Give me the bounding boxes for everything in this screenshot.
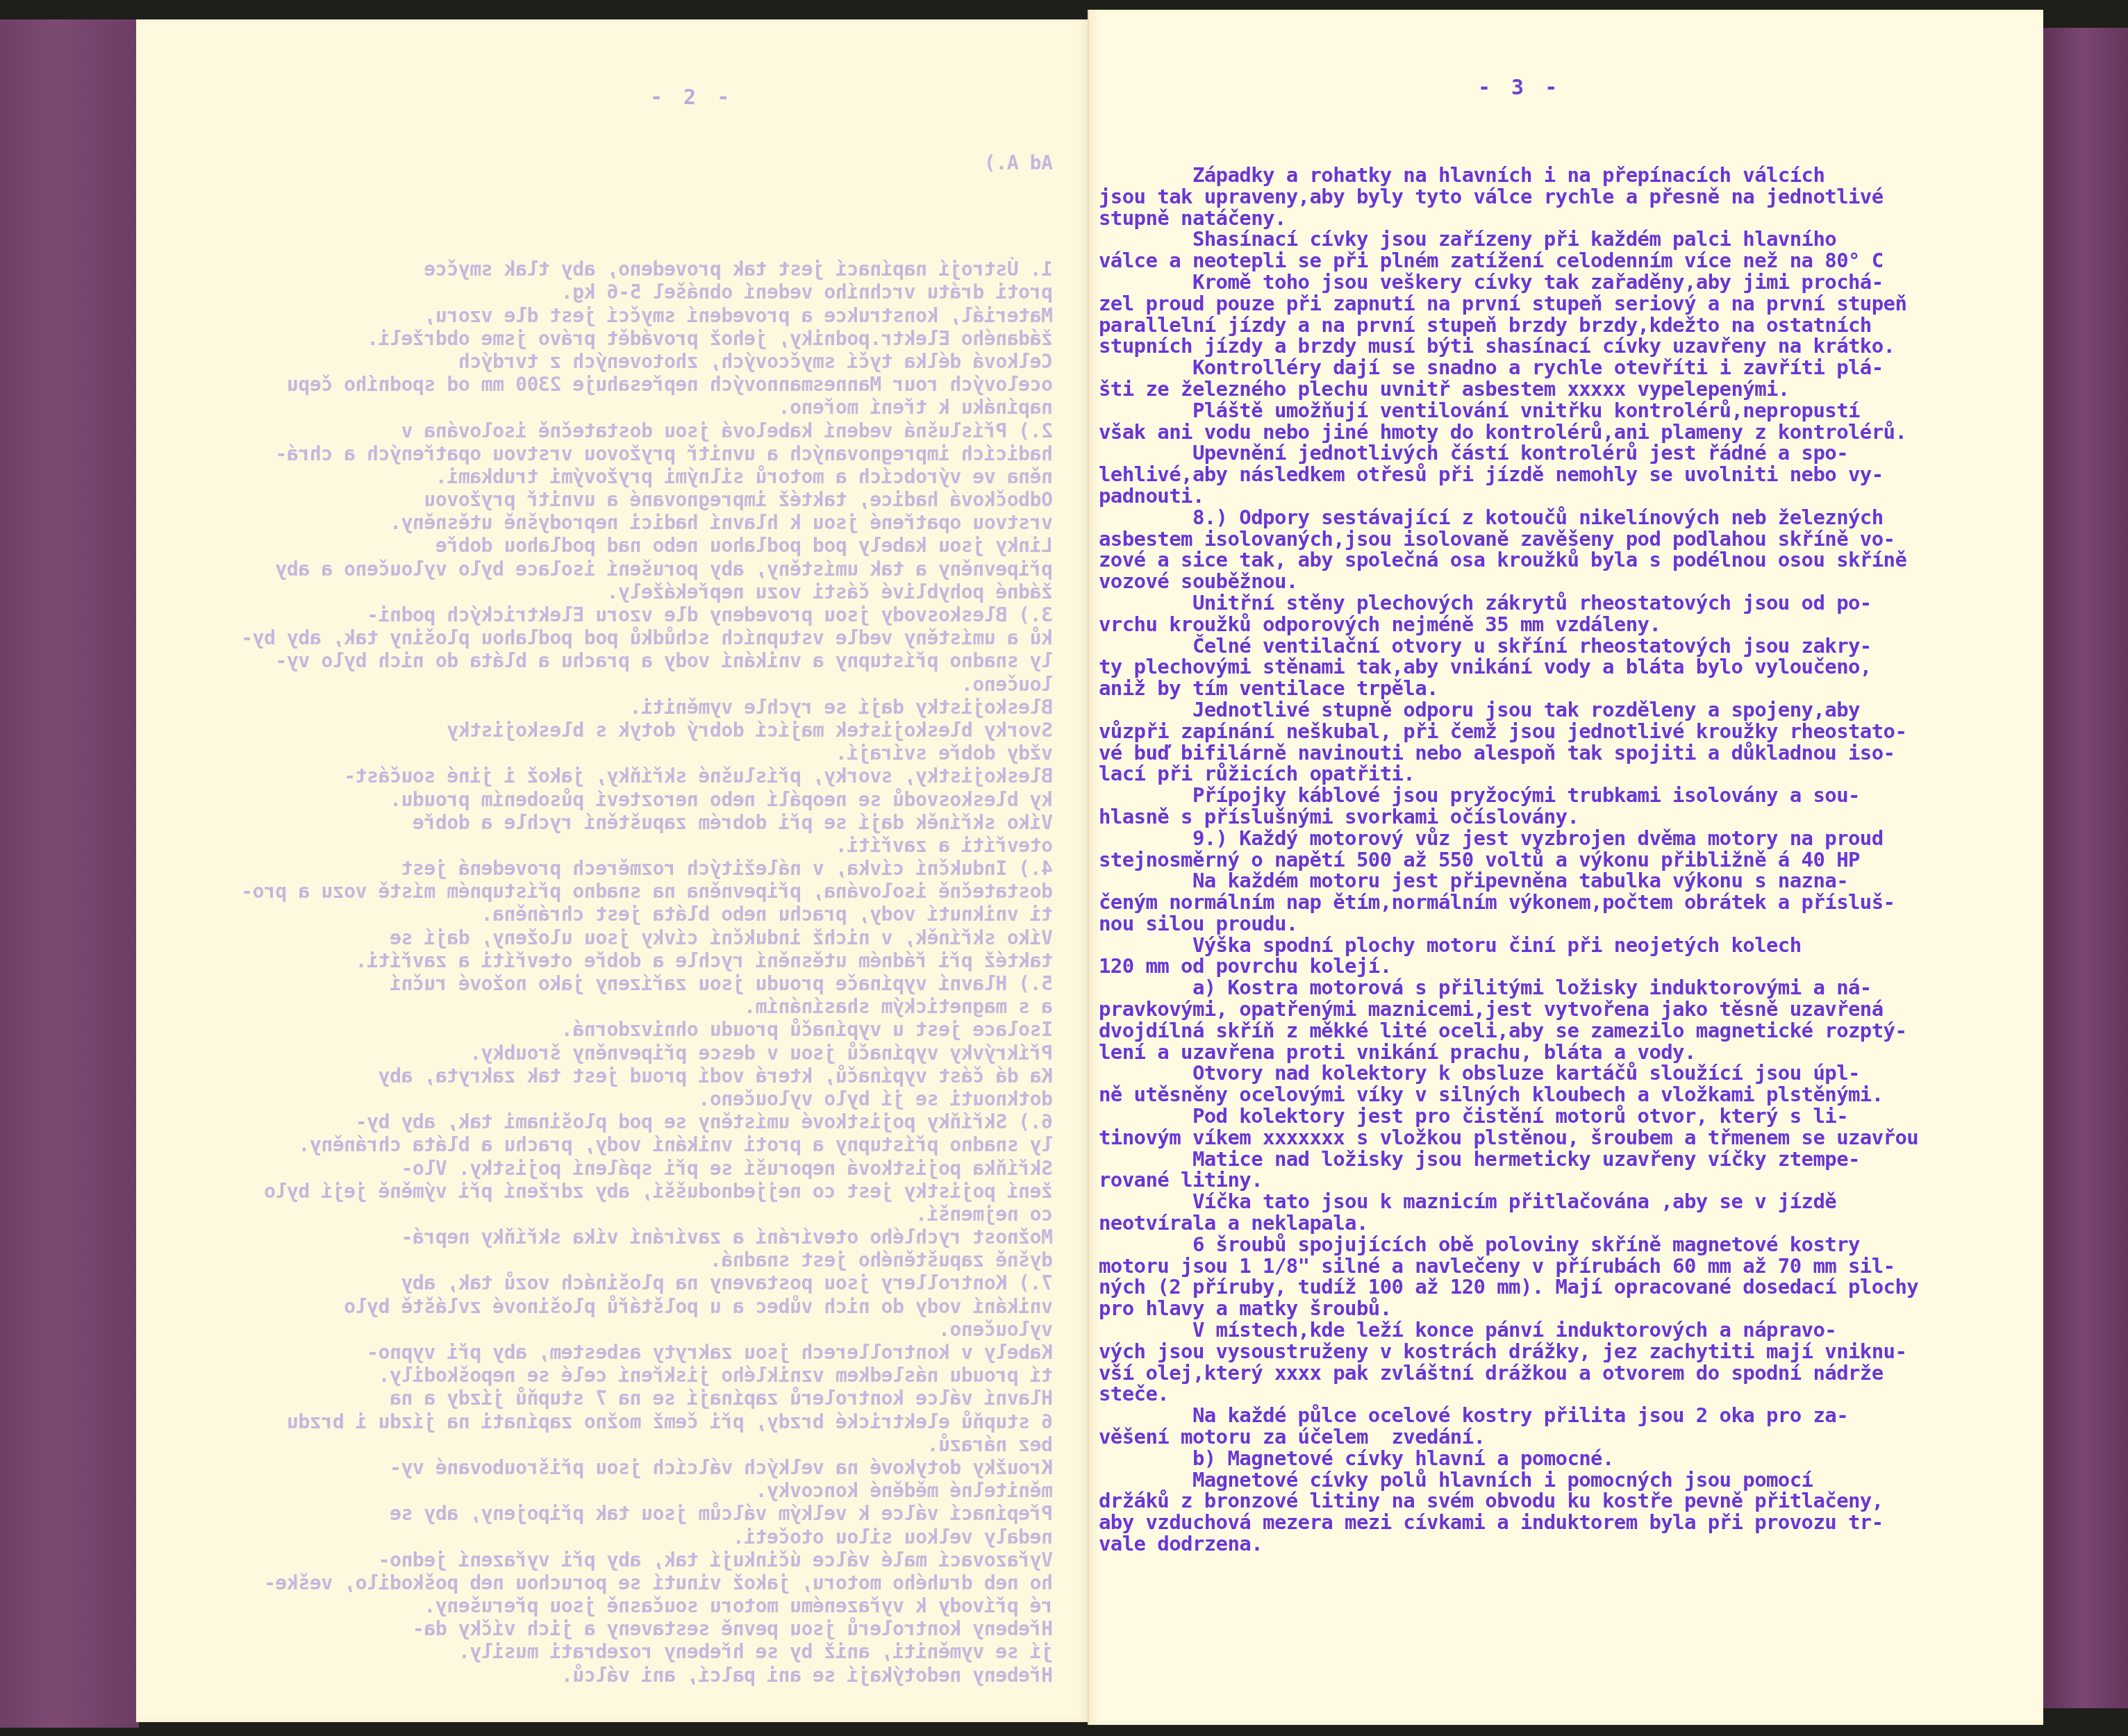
bleed-line: tí proudu následkem vzniklého jiskření c…: [192, 1364, 1053, 1387]
text-line: asbestem isolovaných,jsou isolovaně zavě…: [1099, 529, 1918, 551]
text-line: stejnosměrný o napětí 500 až 550 voltů a…: [1099, 850, 1918, 871]
bleed-line: proti drátu vrchního vedení obnášel 5-6 …: [192, 281, 1053, 303]
text-line: hlasně s příslušnými svorkami očíslovány…: [1099, 807, 1918, 828]
bleed-line: vyloučeno.: [192, 1318, 1053, 1341]
bleed-line: měnitelné měděné koncovky.: [192, 1479, 1053, 1502]
bleed-line: Bleskojistky, svorky, příslušné skříňky,…: [192, 765, 1053, 787]
text-line: Na každém motoru jest připevněna tabulka…: [1099, 871, 1918, 892]
bleed-line: Příkrývky vypínačů jsou v desce připevně…: [192, 1042, 1053, 1065]
bleed-line: ly snadno přístupny a vnikání vody a pra…: [192, 649, 1053, 672]
text-line: však ani vodu nebo jiné hmoty do kontrol…: [1099, 422, 1918, 444]
text-line: zel proud pouze při zapnutí na první stu…: [1099, 294, 1918, 315]
text-line: jsou tak upraveny,aby byly tyto válce ry…: [1099, 187, 1918, 208]
bleed-line: Ka dá část vypínačů, která vodí proud je…: [192, 1065, 1053, 1087]
bleed-line: 5.) Hlavní vypínače proudu jsou zařízeny…: [192, 972, 1053, 995]
bleed-line: ho neb druhého motoru, jakož vinutí se p…: [192, 1571, 1053, 1594]
bleed-line: připevněny a tak umístěny, aby porušení …: [192, 558, 1053, 581]
text-line: Shasínací cívky jsou zařízeny při každém…: [1099, 229, 1918, 251]
bleed-line: vnikání vody do nich vůbec a u polštářů …: [192, 1295, 1053, 1318]
bleed-line: napínáku k tření mořeno.: [192, 396, 1053, 419]
text-line: dvojdílná skříň z měkké lité oceli,aby s…: [1099, 1021, 1918, 1042]
bleed-line: Hřebeny nedotýkají se ani palcí, ani vál…: [192, 1664, 1053, 1687]
text-line: vé buď bifilárně navinouti nebo alespoň …: [1099, 743, 1918, 765]
bleed-line: 1. Ústrojí napínací jest tak provedeno, …: [192, 258, 1053, 281]
text-line: čeným normálním nap ětím,normálním výkon…: [1099, 892, 1918, 914]
text-line: Přípojky káblové jsou pryžocými trubkami…: [1099, 785, 1918, 807]
bleed-line: a s magnetickým shasínáním.: [192, 995, 1053, 1018]
bleed-line: Kroužky dotykové na velkých válcích jsou…: [192, 1456, 1053, 1479]
bleed-line: něna ve výrobcích a motorů silnými pryžo…: [192, 465, 1053, 488]
text-line: rované litiny.: [1099, 1170, 1918, 1192]
text-line: Čelné ventilační otvory u skříní rheosta…: [1099, 636, 1918, 658]
text-line: vých jsou vysoustruženy v kostrách drážk…: [1099, 1342, 1918, 1363]
text-line: 8.) Odpory sestávající z kotoučů nikelín…: [1099, 508, 1918, 529]
left-cover-binding: [0, 19, 139, 1728]
bleed-line: Isolace jest u vypínačů proudu ohnivzdor…: [192, 1018, 1053, 1041]
left-page-number: - 2 -: [650, 85, 733, 110]
text-line: padnouti.: [1099, 486, 1918, 508]
bleed-line: Celková délka tyčí smyčcových, zhotovený…: [192, 350, 1053, 373]
text-line: vozové souběžnou.: [1099, 571, 1918, 593]
bleed-line: vrstvou opatřené jsou k hlavní hadici ne…: [192, 511, 1053, 534]
bleed-line: Víko skříněk dají se při dobrém zapuštěn…: [192, 811, 1053, 834]
text-line: Kontrolléry dají se snadno a rychle otev…: [1099, 358, 1918, 379]
bleed-line: Hlavní válce kontrolerů zapínají se na 7…: [192, 1387, 1053, 1410]
text-line: Unitřní stěny plechových zákrytů rheosta…: [1099, 593, 1918, 615]
text-line: Upevnění jednotlivých částí kontrolérů j…: [1099, 443, 1918, 465]
text-line: tinovým víkem xxxxxxx s vložkou plstěnou…: [1099, 1128, 1918, 1149]
text-line: ty plechovými stěnami tak,aby vnikání vo…: [1099, 657, 1918, 678]
text-line: Víčka tato jsou k maznicím přitlačována …: [1099, 1192, 1918, 1213]
text-line: a) Kostra motorová s přilitými ložisky i…: [1099, 978, 1918, 999]
left-page: - 2 - Ad A.)1. Ústrojí napínací jest tak…: [136, 19, 1088, 1722]
bleed-line: jí se vyměniti, aniž by se hřebeny rozeb…: [192, 1640, 1053, 1663]
bleed-line: dyšně zapuštěného jest snadná.: [192, 1249, 1053, 1271]
bleed-line: dotknouti se jí bylo vyloučeno.: [192, 1087, 1053, 1110]
text-line: Kromě toho jsou veškery cívky tak zařadě…: [1099, 272, 1918, 294]
text-line: aby vzduchová mezera mezi cívkami a indu…: [1099, 1512, 1918, 1534]
bleed-line: Skříňka pojistková neporuší se při spále…: [192, 1157, 1053, 1180]
bleed-line: 3.) Bleskosvody jsou provedeny dle vzoru…: [192, 603, 1053, 626]
bleed-line: Možnost rychlého otevírání a zavírání ví…: [192, 1226, 1053, 1249]
text-line: šti ze železného plechu uvnitř asbestem …: [1099, 379, 1918, 401]
text-line: 9.) Každý motorový vůz jest vyzbrojen dv…: [1099, 828, 1918, 850]
bleed-line: Přepínací válce k velkým válcům jsou tak…: [192, 1502, 1053, 1525]
text-line: motoru jsou 1 1/8" silné a navlečeny v p…: [1099, 1256, 1918, 1278]
bleed-line: [192, 235, 1053, 258]
bleed-line: ocelových rour Mannesmannových nepřesahu…: [192, 373, 1053, 396]
bleed-line: žení pojistky jest co nejjednodušší, aby…: [192, 1180, 1053, 1203]
bleed-line: Svorky bleskojistek mající dobrý dotyk s…: [192, 719, 1053, 742]
bleed-line: 6.) Skříňky pojistkové umístěny se pod p…: [192, 1110, 1053, 1133]
text-line: Matice nad ložisky jsou hermeticky uzavř…: [1099, 1149, 1918, 1171]
bleed-line: ky bleskosvodů se neopálí nebo nerozteví…: [192, 788, 1053, 811]
text-line: Pod kolektory jest pro čistění motorů ot…: [1099, 1106, 1918, 1128]
bleed-line: 6 stupňů elektrické brzdy, při čemž možn…: [192, 1410, 1053, 1433]
bleed-line: vždy dobře svírají.: [192, 742, 1053, 765]
text-line: ných (2 příruby, tudíž 100 až 120 mm). M…: [1099, 1277, 1918, 1299]
text-line: vůzpři zapínání neškubal, při čemž jsou …: [1099, 721, 1918, 743]
text-line: Západky a rohatky na hlavních i na přepí…: [1099, 165, 1918, 187]
bleed-line: 4.) Indukční cívka, v náležitých rozměre…: [192, 857, 1053, 880]
text-line: 120 mm od povrchu kolejí.: [1099, 956, 1918, 978]
text-line: vrchu kroužků odporových nejméně 35 mm v…: [1099, 615, 1918, 636]
text-line: nou silou proudu.: [1099, 914, 1918, 935]
bleed-line: ly snadno přístupny a proti vnikání vody…: [192, 1133, 1053, 1156]
text-line: ně utěsněny ocelovými víky v silných klo…: [1099, 1085, 1918, 1106]
text-line: parallelní jízdy a na první stupeň brzdy…: [1099, 315, 1918, 337]
text-line: steče.: [1099, 1384, 1918, 1405]
bleed-line: Vyřazovací malé válce účinkují tak, aby …: [192, 1549, 1053, 1571]
text-line: vší olej,který xxxx pak zvláštní drážkou…: [1099, 1363, 1918, 1385]
bleed-line: co nejmenší.: [192, 1203, 1053, 1226]
text-line: Otvory nad kolektory k obsluze kartáčů s…: [1099, 1063, 1918, 1085]
text-line: aniž by tím ventilace trpěla.: [1099, 678, 1918, 700]
bleed-line: hadicích impregnovaných a uvnitř pryžovo…: [192, 442, 1053, 465]
bleed-line: Materiál, konstrukce a provedení smyčcí …: [192, 304, 1053, 327]
text-line: lací při růžicích opatřiti.: [1099, 764, 1918, 785]
text-line: držáků z bronzové litiny na svém obvodu …: [1099, 1491, 1918, 1512]
text-line: Pláště umožňují ventilování vnitřku kont…: [1099, 401, 1918, 422]
bleed-line: Odbočková hadice, taktéž impregnované a …: [192, 488, 1053, 511]
text-line: Na každé půlce ocelové kostry přilita js…: [1099, 1405, 1918, 1427]
bleed-line: loučeno.: [192, 673, 1053, 696]
text-line: válce a neotepli se při plném zatížení c…: [1099, 251, 1918, 272]
bleed-line: nedaly velkou silou otočeti.: [192, 1526, 1053, 1549]
bleed-line: taktéž při řádném utěsnění rychle a dobř…: [192, 949, 1053, 972]
bleed-line: ků a umístěny vedle vstupních schůdků po…: [192, 626, 1053, 649]
right-cover-binding: [2038, 28, 2128, 1708]
text-line: b) Magnetové cívky hlavní a pomocné.: [1099, 1449, 1918, 1470]
bleed-line: Hřebeny kontrolerů jsou pevně sestaveny …: [192, 1617, 1053, 1640]
text-line: věšení motoru za účelem zvedání.: [1099, 1427, 1918, 1449]
bleed-line: 7.) Kontrollery jsou postaveny na plošin…: [192, 1271, 1053, 1294]
bleed-line: ti vniknutí vody, prachu nebo bláta jest…: [192, 903, 1053, 926]
bleed-through-text: Ad A.)1. Ústrojí napínací jest tak prove…: [192, 151, 1053, 1687]
text-line: pro hlavy a matky šroubů.: [1099, 1299, 1918, 1320]
bleed-line: Ad A.): [192, 151, 1053, 235]
bleed-line: Linky jsou kabely pod podlahou nebo nad …: [192, 534, 1053, 557]
text-line: zové a sice tak, aby společná osa kroužk…: [1099, 550, 1918, 571]
text-line: neotvírala a neklapala.: [1099, 1213, 1918, 1235]
typed-body-text: Západky a rohatky na hlavních i na přepí…: [1099, 165, 1918, 1555]
bleed-line: otevříti a zavříti.: [192, 834, 1053, 857]
right-page: - 3 - Západky a rohatky na hlavních i na…: [1088, 10, 2043, 1725]
text-line: lehlivé,aby následkem otřesů při jízdě n…: [1099, 465, 1918, 486]
text-line: stupních jízdy a brzdy musí býti shasína…: [1099, 336, 1918, 358]
bleed-line: žádné pohyblivé části vozu nepřekážely.: [192, 581, 1053, 603]
bleed-line: 2.) Příslušná vedení kabelová jsou dosta…: [192, 419, 1053, 442]
text-line: Jednotlivé stupně odporu jsou tak rozděl…: [1099, 700, 1918, 721]
bleed-line: Kabely v kontrollerech jsou zakryty asbe…: [192, 1341, 1053, 1364]
text-line: lení a uzavřena proti vnikání prachu, bl…: [1099, 1042, 1918, 1064]
bleed-line: ré přívody k vyřazenému motoru současně …: [192, 1594, 1053, 1617]
text-line: pravkovými, opatřenými maznicemi,jest vy…: [1099, 999, 1918, 1021]
text-line: V místech,kde leží konce pánví induktoro…: [1099, 1320, 1918, 1342]
bleed-line: dostatečně isolována, připevněna na snad…: [192, 880, 1053, 903]
bleed-line: žádaného Elektr.podniky, jehož provádět …: [192, 327, 1053, 350]
text-line: Magnetové cívky polů hlavních i pomocnýc…: [1099, 1470, 1918, 1492]
bleed-line: Víko skříněk, v nichž indukční cívky jso…: [192, 926, 1053, 949]
right-page-number: - 3 -: [1478, 76, 1561, 100]
text-line: Výška spodní plochy motoru činí při neoj…: [1099, 935, 1918, 957]
text-line: stupně natáčeny.: [1099, 208, 1918, 230]
text-line: vale dodrzena.: [1099, 1534, 1918, 1555]
bleed-line: Bleskojistky dají se rychle vyměniti.: [192, 696, 1053, 719]
text-line: 6 šroubů spojujících obě poloviny skříně…: [1099, 1235, 1918, 1256]
bleed-line: bez nárazů.: [192, 1433, 1053, 1456]
